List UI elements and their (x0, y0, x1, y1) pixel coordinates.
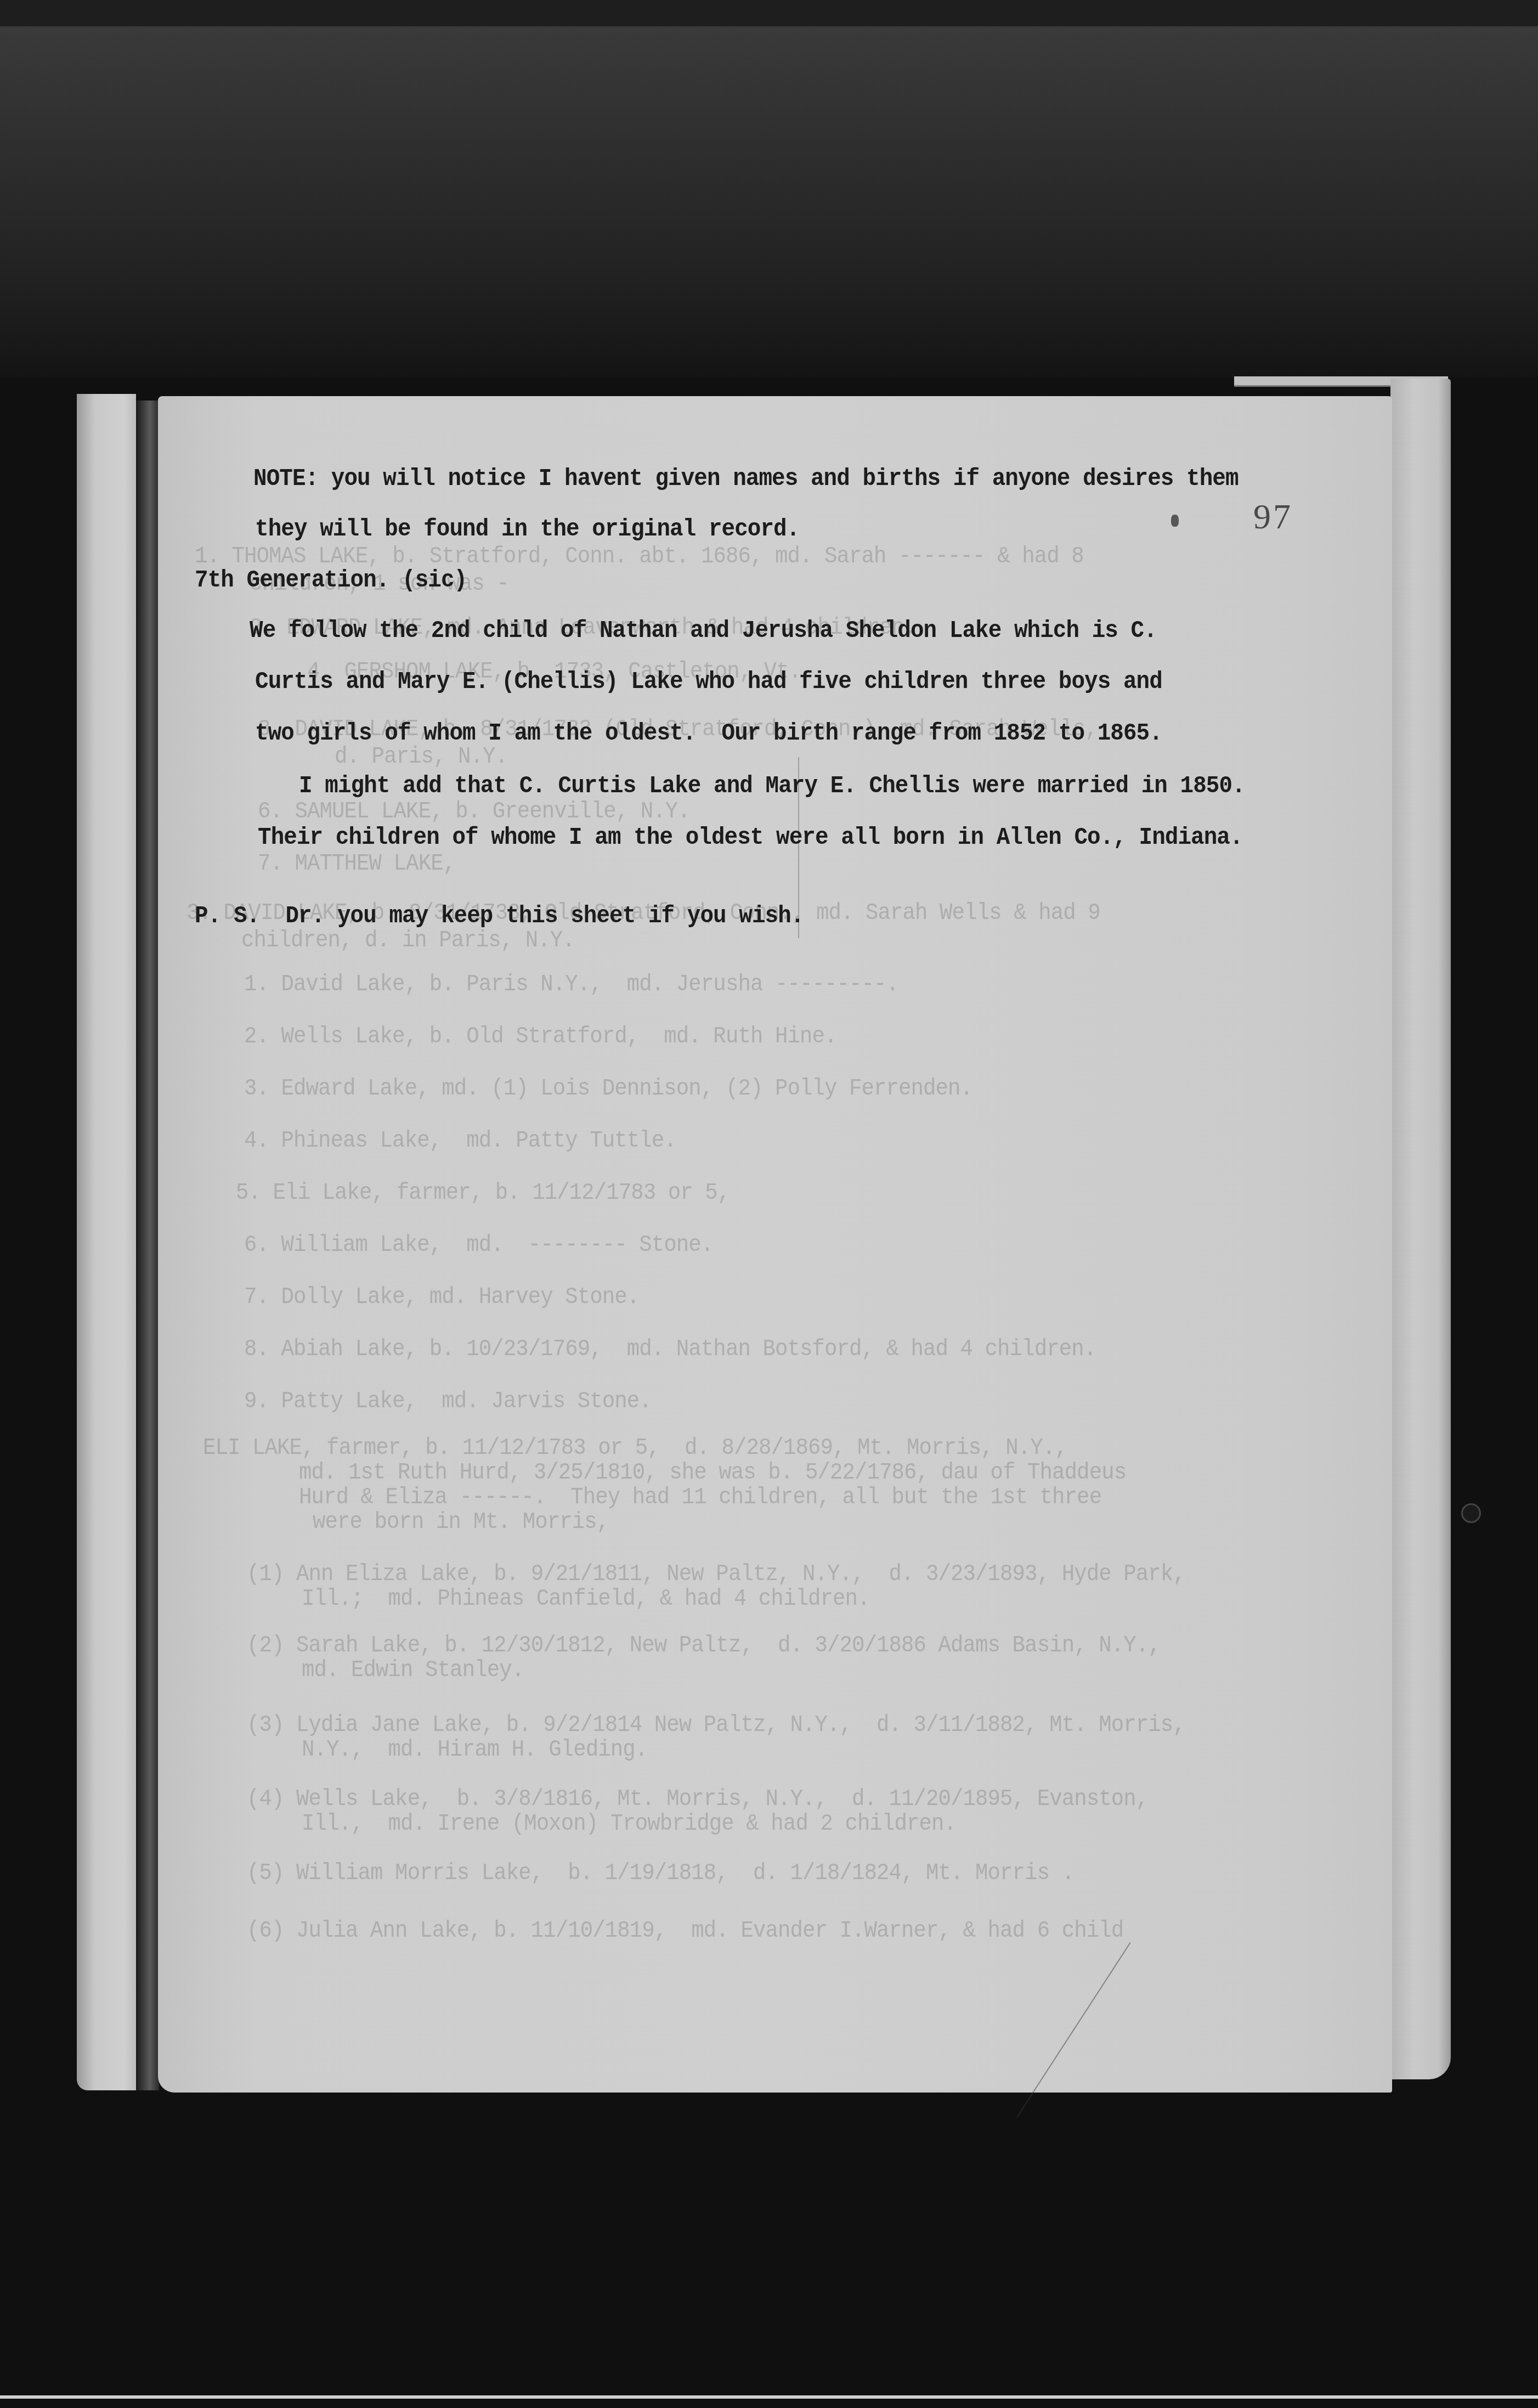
paragraph-1-line-1: We follow the 2nd child of Nathan and Je… (250, 617, 1157, 645)
ghost-line: (6) Julia Ann Lake, b. 11/10/1819, md. E… (247, 1918, 1123, 1944)
note-line-1: NOTE: you will notice I havent given nam… (253, 465, 1239, 493)
generation-heading: 7th Generation. (sic) (195, 567, 467, 594)
page-stack-edge (1390, 379, 1451, 2079)
ghost-line: d. Paris, N.Y. (335, 743, 507, 770)
ghost-line: md. Edwin Stanley. (302, 1657, 524, 1683)
ghost-line: (4) Wells Lake, b. 3/8/1816, Mt. Morris,… (247, 1786, 1148, 1812)
ghost-line: 1. THOMAS LAKE, b. Stratford, Conn. abt.… (195, 543, 1084, 569)
ghost-line: Ill., md. Irene (Moxon) Trowbridge & had… (302, 1811, 956, 1837)
ghost-line: 6. William Lake, md. -------- Stone. (244, 1232, 713, 1258)
ink-smudge (1171, 515, 1179, 527)
ghost-line: were born in Mt. Morris, (313, 1509, 609, 1535)
ghost-line: 1. David Lake, b. Paris N.Y., md. Jerush… (244, 971, 898, 997)
film-border-bottom (0, 2395, 1538, 2399)
ghost-line: (5) William Morris Lake, b. 1/19/1818, d… (247, 1860, 1074, 1886)
postscript-line: P. S. Dr. you may keep this sheet if you… (195, 903, 804, 930)
page-number: 97 (1253, 497, 1293, 537)
paragraph-2-line-2: Their children of whome I am the oldest … (258, 824, 1243, 851)
ghost-line: 5. Eli Lake, farmer, b. 11/12/1783 or 5, (236, 1180, 730, 1206)
ghost-line: 4. Phineas Lake, md. Patty Tuttle. (244, 1127, 676, 1154)
ghost-line: 7. MATTHEW LAKE, (258, 850, 455, 877)
ghost-line: ELI LAKE, farmer, b. 11/12/1783 or 5, d.… (203, 1435, 1067, 1461)
film-border-top (0, 0, 1538, 26)
book-gutter (136, 401, 159, 2090)
ghost-line: Hurd & Eliza ------. They had 11 childre… (299, 1484, 1101, 1510)
ghost-line: Ill.; md. Phineas Canfield, & had 4 chil… (302, 1586, 869, 1612)
ghost-line: 6. SAMUEL LAKE, b. Greenville, N.Y. (258, 798, 690, 825)
ghost-line: 3. Edward Lake, md. (1) Lois Dennison, (… (244, 1075, 972, 1102)
film-background-band (0, 26, 1538, 377)
ghost-line: 7. Dolly Lake, md. Harvey Stone. (244, 1284, 639, 1310)
microfilm-frame: 1. THOMAS LAKE, b. Stratford, Conn. abt.… (0, 0, 1538, 2408)
paragraph-1-line-3: two girls of whom I am the oldest. Our b… (255, 720, 1162, 747)
facing-page-edge (77, 394, 136, 2090)
paragraph-2-line-1: I might add that C. Curtis Lake and Mary… (299, 772, 1245, 800)
ghost-line: 9. Patty Lake, md. Jarvis Stone. (244, 1388, 652, 1414)
ghost-line: (2) Sarah Lake, b. 12/30/1812, New Paltz… (247, 1632, 1161, 1659)
ghost-line: (1) Ann Eliza Lake, b. 9/21/1811, New Pa… (247, 1561, 1185, 1587)
paragraph-1-line-2: Curtis and Mary E. (Chellis) Lake who ha… (255, 668, 1162, 696)
ghost-line: 8. Abiah Lake, b. 10/23/1769, md. Nathan… (244, 1336, 1096, 1362)
ghost-line: md. 1st Ruth Hurd, 3/25/1810, she was b.… (299, 1459, 1126, 1486)
ghost-line: N.Y., md. Hiram H. Gleding. (302, 1736, 647, 1763)
ghost-line: children, d. in Paris, N.Y. (241, 927, 575, 954)
binding-hole (1461, 1503, 1481, 1523)
note-line-2: they will be found in the original recor… (255, 516, 799, 543)
ghost-line: (3) Lydia Jane Lake, b. 9/2/1814 New Pal… (247, 1712, 1185, 1738)
ghost-line: 2. Wells Lake, b. Old Stratford, md. Rut… (244, 1023, 836, 1050)
